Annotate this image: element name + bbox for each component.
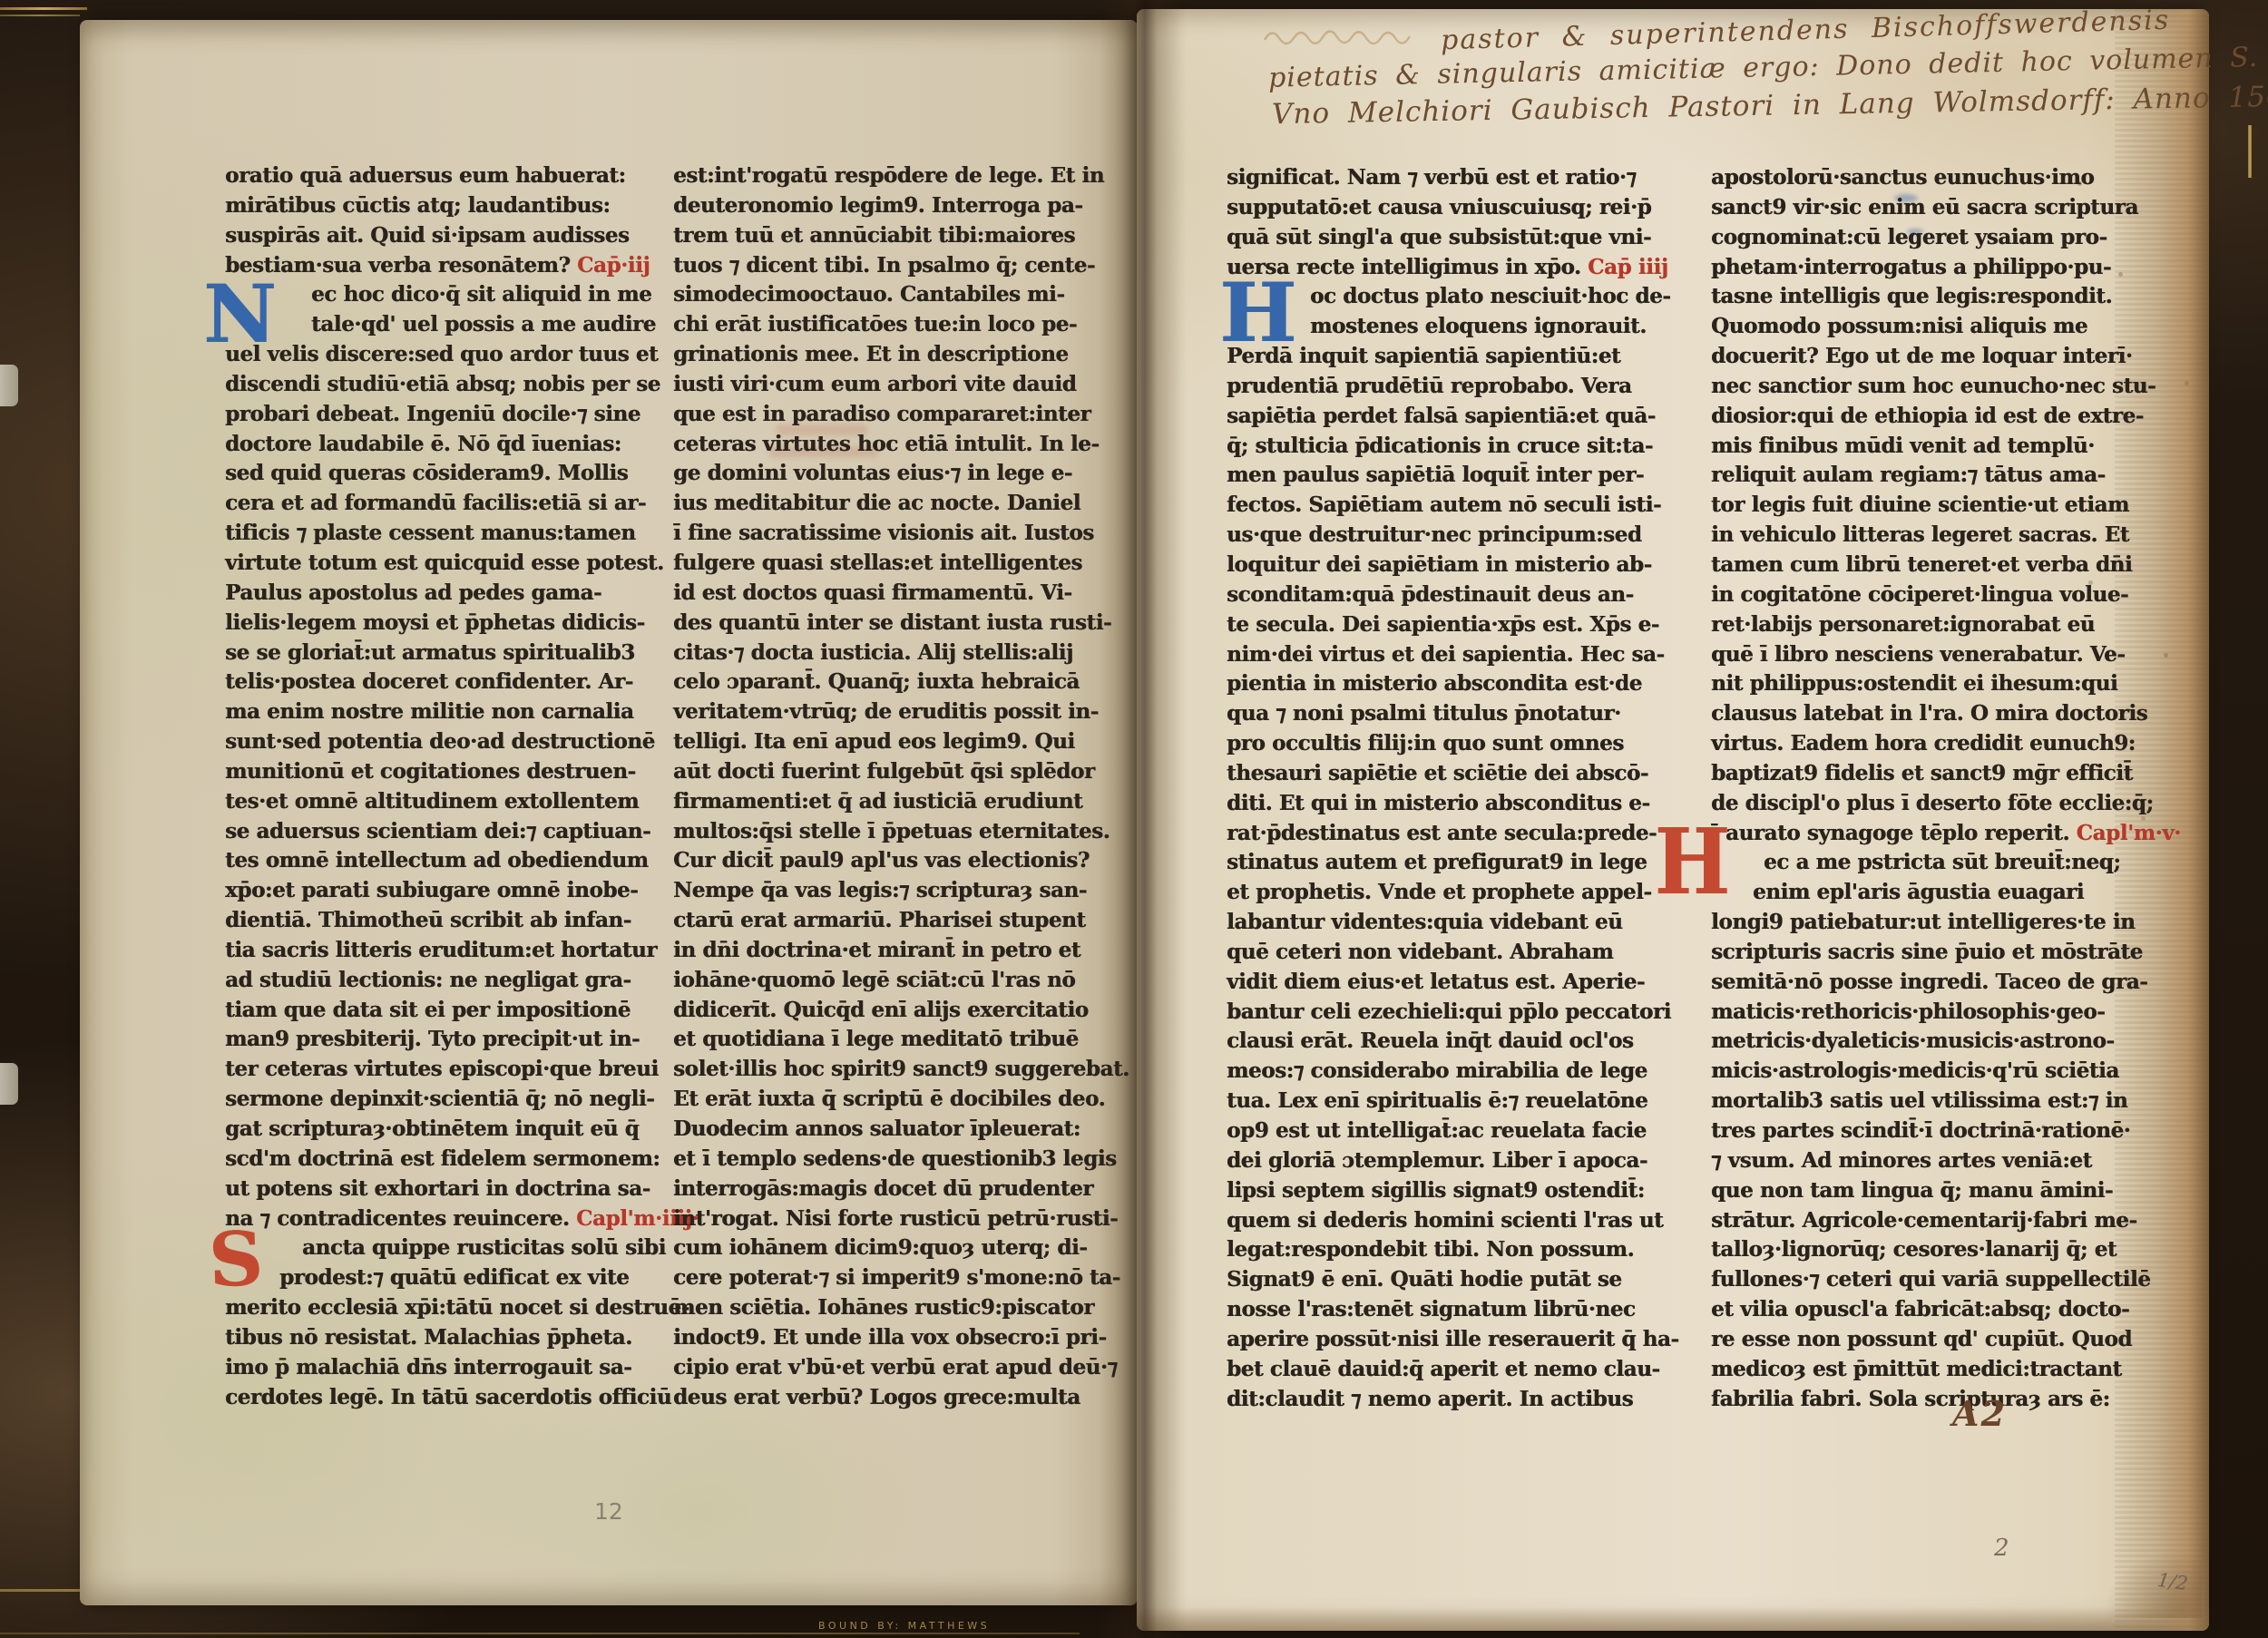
text-line: merito ecclesiā xp̄i:tātū nocet si destr…	[225, 1293, 697, 1323]
text-column-right-1: significat. Nam ⁊ verbū est et ratio·⁊su…	[1227, 163, 1698, 1414]
text-line: ec a me pstricta sūt breuit̄:neq;	[1711, 848, 2183, 878]
text-line: citas·⁊ docta iusticia. Alij stellis:ali…	[673, 639, 1145, 668]
text-line: strātur. Agricole·cementarij·fabri me-	[1711, 1206, 2183, 1236]
text-line: sconditam:quā p̄destinauit deus an-	[1227, 580, 1698, 610]
text-line: te secula. Dei sapientia·xp̄s est. Xp̄s …	[1227, 610, 1698, 640]
text-line: medicoȝ est p̄mittūt medici:tractant	[1711, 1355, 2183, 1385]
text-line: loquitur dei sapiētiam in misterio ab-	[1227, 551, 1698, 580]
text-line: Quomodo possum:nisi aliquis me	[1711, 312, 2183, 342]
text-line: telligi. Ita enī apud eos legim9. Qui	[673, 727, 1145, 757]
text-line: oratio quā aduersus eum habuerat:	[225, 161, 697, 191]
text-column-left-2: est:int'rogatū respōdere de lege. Et ind…	[673, 161, 1145, 1412]
text-line: tor legis fuit diuine scientie·ut etiam	[1711, 491, 2183, 521]
text-line: re esse non possunt qd' cupiūt. Quod	[1711, 1325, 2183, 1355]
text-line: tes·et omnē altitudinem extollentem	[225, 787, 697, 817]
text-line: talloȝ·lignorūq; cesores·lanarij q̄; et	[1711, 1235, 2183, 1265]
text-line: tibus nō resistat. Malachias p̄pheta.	[225, 1323, 697, 1353]
text-line: se aduersus scientiam dei:⁊ captiuan-	[225, 817, 697, 847]
text-line: et prophetis. Vnde et prophete appel-	[1227, 878, 1698, 908]
text-line: in vehiculo litteras legeret sacras. Et	[1711, 521, 2183, 551]
text-line: nec sanctior sum hoc eunucho·nec stu-	[1711, 372, 2183, 402]
text-line: cerdotes legē. In tātū sacerdotis offici…	[225, 1383, 697, 1413]
text-line: metricis·dyaleticis·musicis·astrono-	[1711, 1027, 2183, 1057]
text-line: ec hoc dico·q̄ sit aliquid in me	[225, 280, 697, 310]
text-line: gat scripturaȝ·obtinētem inquit eū q̄	[225, 1115, 697, 1145]
text-line: bantur celi ezechieli:qui pp̄lo peccator…	[1227, 998, 1698, 1028]
text-line: telis·postea doceret confidenter. Ar-	[225, 668, 697, 697]
text-line: diosior:qui de ethiopia id est de extre-	[1711, 402, 2183, 432]
text-line: clausus latebat in l'ra. O mira doctoris	[1711, 699, 2183, 729]
text-line: men sciētia. Iohānes rustic9:piscator	[673, 1293, 1145, 1323]
text-line: pro occultis filij:in quo sunt omnes	[1227, 729, 1698, 759]
text-line: des quantū inter se distant iusta rusti-	[673, 609, 1145, 639]
clasp-mark-lower	[0, 1063, 18, 1105]
text-line: aperire possūt·nisi ille reserauerit q̄ …	[1227, 1325, 1698, 1355]
text-line: sapiētia perdet falsā sapientiā:et quā-	[1227, 402, 1698, 432]
text-line: Nempe q̄a vas legis:⁊ scripturaȝ san-	[673, 876, 1145, 906]
text-line: ter ceteras virtutes episcopi·que breui	[225, 1055, 697, 1085]
text-line: celo ɔparant̄. Quanq̄; iuxta hebraicā	[673, 668, 1145, 697]
pencil-folio-number-right: 2	[1994, 1535, 2009, 1562]
book-photograph: { "binding": { "stamp": "BOUND BY: MATTH…	[0, 0, 2268, 1638]
binders-stamp: BOUND BY: MATTHEWS	[818, 1620, 990, 1632]
text-line: sunt·sed potentia deo·ad destructionē	[225, 727, 697, 757]
text-line: supputatō:et causa vniuscuiusq; rei·p̄	[1227, 193, 1698, 223]
text-line: qua ⁊ noni psalmi titulus p̄notatur·	[1227, 699, 1698, 729]
text-line: munitionū et cogitationes destruen-	[225, 757, 697, 787]
text-line: quē ī libro nesciens venerabatur. Ve-	[1711, 640, 2183, 670]
text-line: nosse l'ras:tenēt signatum librū·nec	[1227, 1295, 1698, 1325]
text-line: pientia in misterio abscondita est·de	[1227, 669, 1698, 699]
text-line: cognominat:cū legeret ysaiam pro-	[1711, 223, 2183, 253]
text-line: op9 est ut intelligat̄:ac reuelata facie	[1227, 1116, 1698, 1146]
gold-fillet-bottom-edge	[0, 1633, 1080, 1634]
text-line: iohāne·quomō legē sciāt:cū l'ras nō	[673, 966, 1145, 996]
text-line: rat·p̄destinatus est ante secula:prede-	[1227, 819, 1698, 849]
text-line: ma enim nostre militie non carnalia	[225, 697, 697, 727]
text-line: oc doctus plato nesciuit·hoc de-	[1227, 282, 1698, 312]
text-line: men paulus sapiētiā loquit̄ inter per-	[1227, 461, 1698, 491]
text-line: ⁊ vsum. Ad minores artes veniā:et	[1711, 1146, 2183, 1176]
text-line: apostolorū·sanctus eunuchus·imo	[1711, 163, 2183, 193]
text-line: quā sūt singl'a que subsistūt:que vni-	[1227, 223, 1698, 253]
text-line: thesauri sapiētie et sciētie dei abscō-	[1227, 759, 1698, 789]
text-line: firmamenti:et q̄ ad iusticiā erudiunt	[673, 787, 1145, 817]
text-line: suspirās ait. Quid si·ipsam audisses	[225, 221, 697, 251]
text-line: Paulus apostolus ad pedes gama-	[225, 579, 697, 609]
faded-handwriting-squiggle	[1263, 20, 1435, 51]
text-line: uel velis discere:sed quo ardor tuus et	[225, 340, 697, 370]
text-line: tia sacris litteris eruditum:et hortatur	[225, 936, 697, 966]
text-line: dei gloriā ɔtemplemur. Liber ī apoca-	[1227, 1146, 1698, 1176]
text-line: bet clauē dauid:q̄ aperit et nemo clau-	[1227, 1355, 1698, 1385]
text-line: reliquit aulam regiam:⁊ tātus ama-	[1711, 461, 2183, 491]
text-line: et quotidiana ī lege meditatō tribuē	[673, 1025, 1145, 1055]
text-line: iusti viri·cum eum arbori vite dauid	[673, 370, 1145, 400]
text-line: stinatus autem et prefigurat9 in lege	[1227, 848, 1698, 878]
text-line: que est in paradiso compararet:inter	[673, 400, 1145, 430]
gold-fillet-top-outer	[0, 7, 87, 10]
text-line: uersa recte intelligimus in xp̄o. Cap̄ i…	[1227, 253, 1698, 283]
text-line: deuteronomio legim9. Interroga pa-	[673, 191, 1145, 221]
text-line: Duodecim annos saluator īpleuerat:	[673, 1115, 1145, 1145]
text-line: interrogās:magis docet dū prudenter	[673, 1175, 1145, 1204]
text-line: xp̄o:et parati subiugare omnē inobe-	[225, 876, 697, 906]
text-line: semitā·nō posse ingredi. Taceo de gra-	[1711, 968, 2183, 998]
text-line: ut potens sit exhortari in doctrina sa-	[225, 1175, 697, 1204]
text-line: ancta quippe rusticitas solū sibi	[225, 1233, 697, 1263]
text-line: multos:q̄si stelle ī p̄petuas eternitate…	[673, 817, 1145, 847]
text-line: ī fine sacratissime visionis ait. Iustos	[673, 519, 1145, 549]
text-line: longi9 patiebatur:ut intelligeres·te in	[1711, 908, 2183, 938]
text-line: us·que destruitur·nec principum:sed	[1227, 521, 1698, 551]
illuminated-initial-S-red: S	[208, 1222, 264, 1298]
text-line: deus erat verbū? Logos grece:multa	[673, 1383, 1145, 1413]
text-line: mostenes eloquens ignorauit.	[1227, 312, 1698, 342]
text-line: tuos ⁊ dicent tibi. In psalmo q̄; cente-	[673, 251, 1145, 281]
text-line: sanct9 vir·sic enim eū sacra scriptura	[1711, 193, 2183, 223]
text-line: fectos. Sapiētiam autem nō seculi isti-	[1227, 491, 1698, 521]
text-line: tasne intelligis que legis:respondit.	[1711, 282, 2183, 312]
text-line: significat. Nam ⁊ verbū est et ratio·⁊	[1227, 163, 1698, 193]
text-line: fulgere quasi stellas:et intelligentes	[673, 549, 1145, 579]
text-line: virtute totum est quicquid esse potest.	[225, 549, 697, 579]
text-line: bestiam·sua verba resonātem? Cap̄·iij	[225, 251, 697, 281]
rubric-chapter-mark: Cap̄·iij	[577, 253, 650, 278]
text-line: in dn̄i doctrina·et mirant̄ in petro et	[673, 936, 1145, 966]
text-line: cera et ad formandū facilis:etiā si ar-	[225, 489, 697, 519]
text-line: tale·qd' uel possis a me audire	[225, 310, 697, 340]
text-line: Perdā inquit sapientiā sapientiū:et	[1227, 342, 1698, 372]
text-line: micis·astrologis·medicis·q'rū sciētia	[1711, 1057, 2183, 1087]
text-line: scripturis sacris sine p̄uio et mōstrāte	[1711, 938, 2183, 968]
text-line: na ⁊ contradicentes reuincere. Capl'm·ii…	[225, 1204, 697, 1234]
text-line: mirātibus cūctis atq; laudantibus:	[225, 191, 697, 221]
text-line: discendi studiū·etiā absq; nobis per se	[225, 370, 697, 400]
text-line: et ī templo sedens·de questionib3 legis	[673, 1145, 1145, 1175]
text-line: tamen cum librū teneret·et verba dn̄i	[1711, 551, 2183, 580]
text-line: mis finibus mūdi venit ad templū·	[1711, 432, 2183, 462]
gold-fillet-right	[2248, 125, 2252, 178]
gold-fillet-top-inner	[0, 15, 80, 16]
text-line: quem si dederis homini scienti l'ras ut	[1227, 1206, 1698, 1236]
text-line: lielis·legem moysi et p̄phetas didicis-	[225, 609, 697, 639]
illuminated-initial-H-red: H	[1655, 816, 1730, 907]
text-line: enim epl'aris āgustia euagari	[1711, 878, 2183, 908]
pencil-folio-number-left: 12	[594, 1498, 623, 1525]
text-line: didicerīt. Quicq̄d enī alijs exercitatio	[673, 996, 1145, 1026]
text-line: lipsi septem sigillis signat9 ostendit̄:	[1227, 1176, 1698, 1206]
text-line: imo p̄ malachiā dn̄s interrogauit sa-	[225, 1353, 697, 1383]
text-line: id est doctos quasi firmamentū. Vi-	[673, 579, 1145, 609]
text-line: sed quid queras cōsideram9. Mollis	[225, 459, 697, 489]
quire-signature-A2: A2	[1952, 1393, 2007, 1434]
text-line: veritatem·vtrūq; de eruditis possit in-	[673, 697, 1145, 727]
text-line: ret·labijs personaret:ignorabat eū	[1711, 610, 2183, 640]
text-line: man9 presbiterij. Tyto precipit·ut in-	[225, 1025, 697, 1055]
text-line: chi erāt iustificatōes tue:in loco pe-	[673, 310, 1145, 340]
text-line: q̄; stulticia p̄dicationis in cruce sit:…	[1227, 432, 1698, 462]
text-line: Signat9 ē enī. Quāti hodie putāt se	[1227, 1265, 1698, 1295]
text-line: virtus. Eadem hora credidit eunuch9:	[1711, 729, 2183, 759]
text-column-left-1: oratio quā aduersus eum habuerat:mirātib…	[225, 161, 697, 1412]
text-line: sermone depinxit·scientiā q̄; nō negli-	[225, 1085, 697, 1115]
text-line: tiam que data sit ei per impositionē	[225, 996, 697, 1026]
rubric-chapter-mark: Capl'm·v·	[2077, 821, 2181, 845]
text-line: cere poterat·⁊ si imperit9 s'mone:nō ta-	[673, 1263, 1145, 1293]
text-line: tificis ⁊ plaste cessent manus:tamen	[225, 519, 697, 549]
text-line: in cogitatōne cōciperet·lingua volue-	[1711, 580, 2183, 610]
text-line: diti. Et qui in misterio absconditus e-	[1227, 789, 1698, 819]
text-line: de discipl'o plus ī deserto fōte ecclie:…	[1711, 789, 2183, 819]
rubric-chapter-mark: Cap̄ iiij	[1588, 255, 1668, 279]
text-line: Cur dicit̄ paul9 apl'us vas electionis?	[673, 846, 1145, 876]
text-line: aūt docti fuerint fulgebūt q̄si splēdor	[673, 757, 1145, 787]
text-line: prudentiā prudētiū reprobabo. Vera	[1227, 372, 1698, 402]
text-line: tes omnē intellectum ad obediendum	[225, 846, 697, 876]
text-line: ge domini voluntas eius·⁊ in lege e-	[673, 459, 1145, 489]
corner-fraction-mark: 1/2	[2156, 1569, 2189, 1594]
text-line: tua. Lex enī spiritualis ē:⁊ reuelatōne	[1227, 1087, 1698, 1116]
text-line: se se gloriat̄:ut armatus spiritualib3	[225, 639, 697, 668]
text-line: solet·illis hoc spirit9 sanct9 suggereba…	[673, 1055, 1145, 1085]
text-line: legat:respondebit tibi. Non possum.	[1227, 1235, 1698, 1265]
text-line: ctarū erat armariū. Pharisei stupent	[673, 906, 1145, 936]
text-line: fabrilia fabri. Sola scripturaȝ ars ē:	[1711, 1385, 2183, 1415]
clasp-mark-upper	[0, 365, 18, 406]
text-line: maticis·rethoricis·philosophis·geo-	[1711, 998, 2183, 1028]
text-line: cipio erat v'bū·et verbū erat apud deū·⁊	[673, 1353, 1145, 1383]
text-line: prodest:⁊ quātū edificat ex vite	[225, 1263, 697, 1293]
text-line: probari debeat. Ingeniū docile·⁊ sine	[225, 400, 697, 430]
text-line: nit philippus:ostendit ei ihesum:qui	[1711, 669, 2183, 699]
text-line: scd'm doctrinā est fidelem sermonem:	[225, 1145, 697, 1175]
text-line: Et erāt iuxta q̄ scriptū ē docibiles deo…	[673, 1085, 1145, 1115]
text-line: grinationis mee. Et in descriptione	[673, 340, 1145, 370]
text-line: que non tam lingua q̄; manu āmini-	[1711, 1176, 2183, 1206]
text-line: ad studiū lectionis: ne negligat gra-	[225, 966, 697, 996]
text-line: fullones·⁊ ceteri qui variā suppellectil…	[1711, 1265, 2183, 1295]
text-line: labantur videntes:quia videbant eū	[1227, 908, 1698, 938]
corner-curl-shadow	[2066, 1518, 2202, 1618]
text-line: et vilia opuscl'a fabricāt:absq; docto-	[1711, 1295, 2183, 1325]
text-line: dientiā. Thimotheū scribit ab infan-	[225, 906, 697, 936]
text-line: doctore laudabile ē. Nō q̄d īuenias:	[225, 430, 697, 460]
text-line: baptizat9 fidelis et sanct9 mḡr efficit̄	[1711, 759, 2183, 789]
text-line: cum iohānem dicim9:quoȝ uterq; di-	[673, 1233, 1145, 1263]
text-line: mortalib3 satis uel vtilissima est:⁊ in	[1711, 1087, 2183, 1116]
text-line: int'rogat. Nisi forte rusticū petrū·rust…	[673, 1204, 1145, 1234]
illuminated-initial-H-blue: H	[1219, 272, 1296, 354]
text-line: nim·dei virtus et dei sapientia. Hec sa-	[1227, 640, 1698, 670]
text-line: meos:⁊ considerabo mirabilia de lege	[1227, 1057, 1698, 1087]
text-line: phetam·interrogatus a philippo·pu-	[1711, 253, 2183, 283]
text-line: simodecimooctauo. Cantabiles mi-	[673, 280, 1145, 310]
text-line: trem tuū et annūciabit tibi:maiores	[673, 221, 1145, 251]
text-line: ceteras virtutes hoc etiā intulit. In le…	[673, 430, 1145, 460]
text-line: vidit diem eius·et letatus est. Aperie-	[1227, 968, 1698, 998]
text-line: ius meditabitur die ac nocte. Daniel	[673, 489, 1145, 519]
text-line: quē ceteri non videbant. Abraham	[1227, 938, 1698, 968]
text-line: tres partes scindit̄·ī doctrinā·rationē·	[1711, 1116, 2183, 1146]
text-line: est:int'rogatū respōdere de lege. Et in	[673, 161, 1145, 191]
illuminated-initial-N-blue: N	[203, 274, 276, 354]
text-line: ī aurato synagoge tēplo reperit. Capl'm·…	[1711, 819, 2183, 849]
text-line: clausi erāt. Reuela inq̄t dauid ocl'os	[1227, 1027, 1698, 1057]
text-line: indoct9. Et unde illa vox obsecro:ī pri-	[673, 1323, 1145, 1353]
text-column-right-2: apostolorū·sanctus eunuchus·imosanct9 vi…	[1711, 163, 2183, 1414]
text-line: dit:claudit ⁊ nemo aperit. In actibus	[1227, 1385, 1698, 1415]
page-bottom-edge	[1137, 1607, 2209, 1631]
text-line: docuerit? Ego ut de me loquar interī·	[1711, 342, 2183, 372]
